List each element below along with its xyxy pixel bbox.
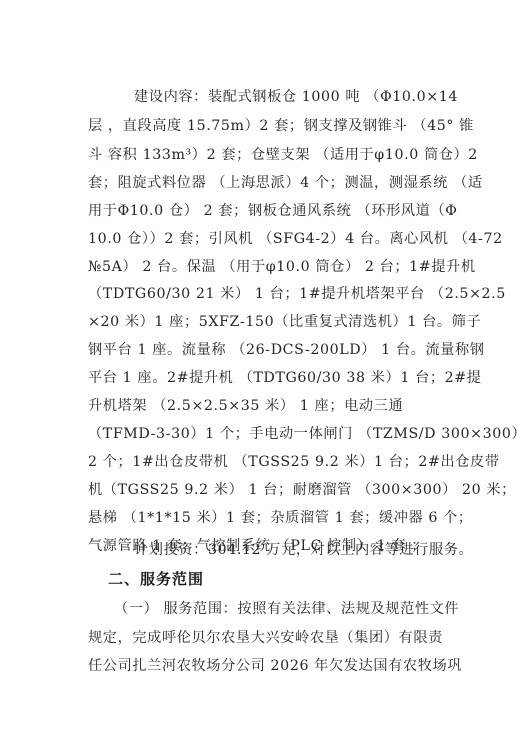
paragraph-line: 升机塔架 （2.5×2.5×35 米） 1 座；电动三通 <box>88 396 448 416</box>
paragraph-line: 10.0 仓））2 套；引风机 （SFG4-2）4 台。离心风机 （4-72 <box>88 229 448 249</box>
paragraph-line: 规定，完成呼伦贝尔农垦大兴安岭农垦（集团）有限责 <box>88 628 448 648</box>
paragraph-line: ×20 米）1 座；5XFZ-150（比重复式清选机）1 台。筛子 <box>88 312 448 332</box>
paragraph-line: 2 个；1#出仓皮带机 （TGSS25 9.2 米）1 台；2#出仓皮带 <box>88 452 448 472</box>
paragraph-line: （一） 服务范围：按照有关法律、法规及规范性文件 <box>114 599 474 619</box>
paragraph-line: №5A） 2 台。保温 （用于φ10.0 筒仓） 2 台；1#提升机 <box>88 257 448 277</box>
paragraph-line: （TDTG60/30 21 米） 1 台；1#提升机塔架平台 （2.5×2.5 <box>88 284 448 304</box>
paragraph-line: 任公司扎兰河农牧场分公司 2026 年欠发达国有农牧场巩 <box>88 656 448 676</box>
paragraph-line: 套；阻旋式料位器 （上海思派）4 个；测温，测湿系统 （适 <box>88 173 448 193</box>
investment-line: 计划投资：304.12 万元，对以上内容等进行服务。 <box>134 540 494 560</box>
paragraph-line: 悬梯 （1*1*15 米）1 套；杂质溜管 1 套；缓冲器 6 个； <box>88 508 448 528</box>
paragraph-line: 平台 1 座。2#提升机 （TDTG60/30 38 米）1 台；2#提 <box>88 368 448 388</box>
paragraph-line: 用于Φ10.0 仓） 2 套；钢板仓通风系统 （环形风道（Φ <box>88 201 448 221</box>
paragraph-line: （TFMD-3-30）1 个；手电动一体闸门 （TZMS/D 300×300） <box>88 424 448 444</box>
document-page: 建设内容：装配式钢板仓 1000 吨 （Φ10.0×14 层 ，直段高度 15.… <box>0 0 526 746</box>
paragraph-line: 建设内容：装配式钢板仓 1000 吨 （Φ10.0×14 <box>134 87 494 107</box>
paragraph-line: 斗 容积 133m³）2 套；仓壁支架 （适用于φ10.0 筒仓）2 <box>88 145 448 165</box>
paragraph-line: 钢平台 1 座。流量称 （26-DCS-200LD） 1 台。流量称钢 <box>88 340 448 360</box>
paragraph-line: 机（TGSS25 9.2 米） 1 台；耐磨溜管 （300×300） 20 米； <box>88 480 448 500</box>
section-heading: 二、服务范围 <box>108 569 204 589</box>
paragraph-line: 层 ，直段高度 15.75m）2 套；钢支撑及钢锥斗 （45° 锥 <box>88 116 448 136</box>
